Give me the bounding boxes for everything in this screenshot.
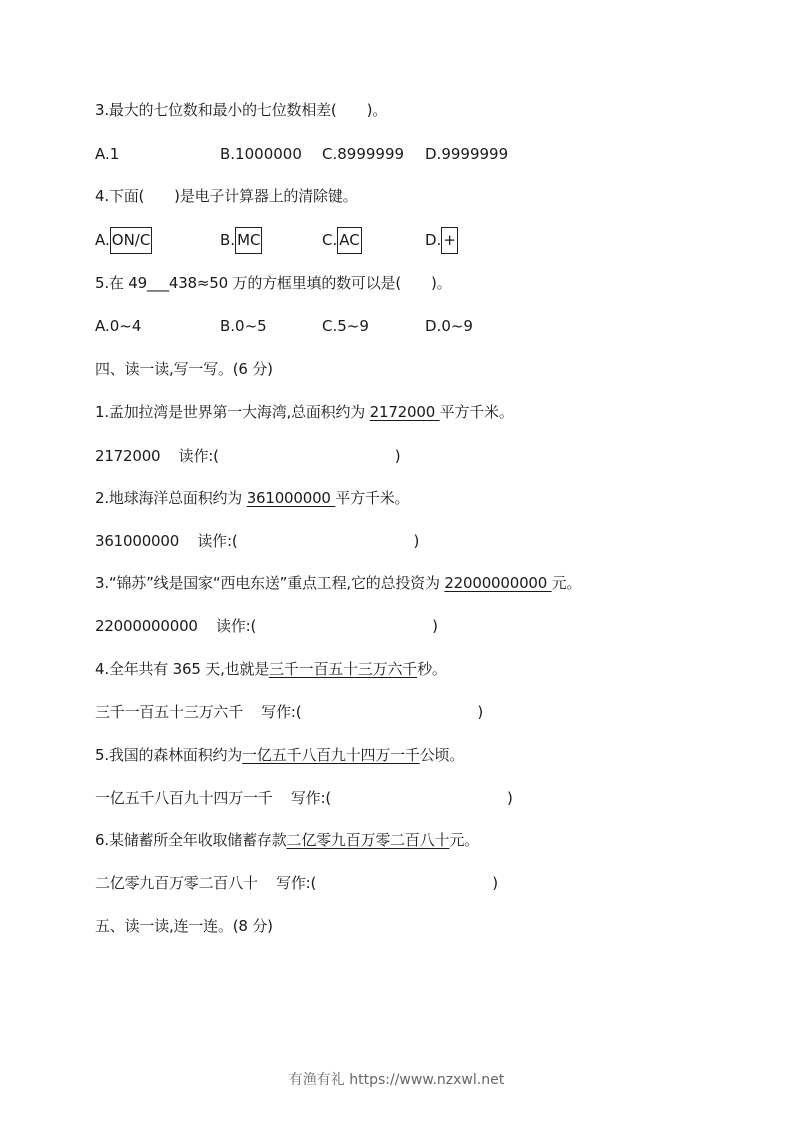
question-3-stem-end: )。 [367, 101, 387, 119]
answer-label: 361000000 读作:( [95, 532, 237, 550]
q4-option-b: B.MC [220, 227, 262, 254]
calculator-key-box: ON/C [110, 227, 153, 254]
item-text: 6.某储蓄所全年收取储蓄存款 [95, 831, 287, 849]
item-text-end: 平方千米。 [440, 403, 514, 421]
section-4-answer-5: 一亿五千八百九十四万一千 写作:() [95, 788, 513, 808]
section-4-item-6: 6.某储蓄所全年收取储蓄存款二亿零九百万零二百八十元。 [95, 830, 479, 850]
answer-label: 三千一百五十三万六千 写作:( [95, 703, 301, 721]
question-5-stem: 5.在 49___438≈50 万的方框里填的数可以是( [95, 274, 401, 292]
item-text: 5.我国的森林面积约为 [95, 746, 242, 764]
q3-option-d: D.9999999 [425, 144, 508, 164]
q5-option-b: B.0~5 [220, 316, 267, 336]
calculator-key-box: AC [337, 227, 361, 254]
item-text: 3.“锦苏”线是国家“西电东送”重点工程,它的总投资为 [95, 574, 444, 592]
question-4-stem-end: )是电子计算器上的清除键。 [174, 187, 357, 205]
q4-option-a: A.ON/C [95, 227, 152, 254]
answer-close-paren: ) [413, 532, 419, 550]
calculator-key-box: MC [235, 227, 262, 254]
answer-close-paren: ) [492, 874, 498, 892]
section-4-answer-2: 361000000 读作:() [95, 531, 419, 551]
answer-label: 2172000 读作:( [95, 447, 219, 465]
item-text-end: 元。 [449, 831, 479, 849]
underlined-value: 三千一百五十三万六千 [269, 660, 417, 678]
footer-watermark: 有渔有礼 https://www.nzxwl.net [0, 1070, 793, 1090]
item-text-end: 元。 [552, 574, 582, 592]
section-4-item-3: 3.“锦苏”线是国家“西电东送”重点工程,它的总投资为 22000000000 … [95, 573, 581, 593]
underlined-value: 二亿零九百万零二百八十 [287, 831, 450, 849]
underlined-value: 22000000000 [444, 574, 551, 592]
answer-close-paren: ) [477, 703, 483, 721]
answer-close-paren: ) [507, 789, 513, 807]
answer-label: 二亿零九百万零二百八十 写作:( [95, 874, 316, 892]
question-4: 4.下面()是电子计算器上的清除键。 [95, 186, 357, 206]
answer-close-paren: ) [432, 617, 438, 635]
section-4-answer-6: 二亿零九百万零二百八十 写作:() [95, 873, 498, 893]
section-5-heading: 五、读一读,连一连。(8 分) [95, 916, 273, 936]
q5-option-c: C.5~9 [322, 316, 369, 336]
q3-option-b: B.1000000 [220, 144, 302, 164]
item-text-end: 公顷。 [420, 746, 464, 764]
section-4-item-4: 4.全年共有 365 天,也就是三千一百五十三万六千秒。 [95, 659, 447, 679]
underlined-value: 2172000 [370, 403, 440, 421]
answer-close-paren: ) [395, 447, 401, 465]
question-4-stem: 4.下面( [95, 187, 144, 205]
q4-option-d: D.+ [425, 227, 458, 254]
q4-option-c: C.AC [322, 227, 362, 254]
q5-option-d: D.0~9 [425, 316, 473, 336]
question-5: 5.在 49___438≈50 万的方框里填的数可以是()。 [95, 273, 451, 293]
item-text-end: 平方千米。 [335, 489, 409, 507]
item-text: 1.孟加拉湾是世界第一大海湾,总面积约为 [95, 403, 370, 421]
underlined-value: 361000000 [247, 489, 336, 507]
option-prefix: C. [322, 231, 337, 249]
item-text: 2.地球海洋总面积约为 [95, 489, 247, 507]
section-4-item-2: 2.地球海洋总面积约为 361000000 平方千米。 [95, 488, 409, 508]
option-prefix: D. [425, 231, 441, 249]
item-text: 4.全年共有 365 天,也就是 [95, 660, 269, 678]
section-4-answer-1: 2172000 读作:() [95, 446, 400, 466]
underlined-value: 一亿五千八百九十四万一千 [242, 746, 420, 764]
item-text-end: 秒。 [417, 660, 447, 678]
section-4-answer-4: 三千一百五十三万六千 写作:() [95, 702, 483, 722]
calculator-key-box: + [441, 227, 458, 254]
section-4-item-5: 5.我国的森林面积约为一亿五千八百九十四万一千公顷。 [95, 745, 464, 765]
question-5-stem-end: )。 [431, 274, 451, 292]
q3-option-c: C.8999999 [322, 144, 404, 164]
section-4-heading: 四、读一读,写一写。(6 分) [95, 359, 273, 379]
answer-label: 一亿五千八百九十四万一千 写作:( [95, 789, 331, 807]
option-prefix: B. [220, 231, 235, 249]
question-3-stem: 3.最大的七位数和最小的七位数相差( [95, 101, 337, 119]
question-3: 3.最大的七位数和最小的七位数相差()。 [95, 100, 387, 120]
answer-label: 22000000000 读作:( [95, 617, 256, 635]
q3-option-a: A.1 [95, 144, 119, 164]
q5-option-a: A.0~4 [95, 316, 141, 336]
section-4-item-1: 1.孟加拉湾是世界第一大海湾,总面积约为 2172000 平方千米。 [95, 402, 514, 422]
option-prefix: A. [95, 231, 110, 249]
section-4-answer-3: 22000000000 读作:() [95, 616, 438, 636]
